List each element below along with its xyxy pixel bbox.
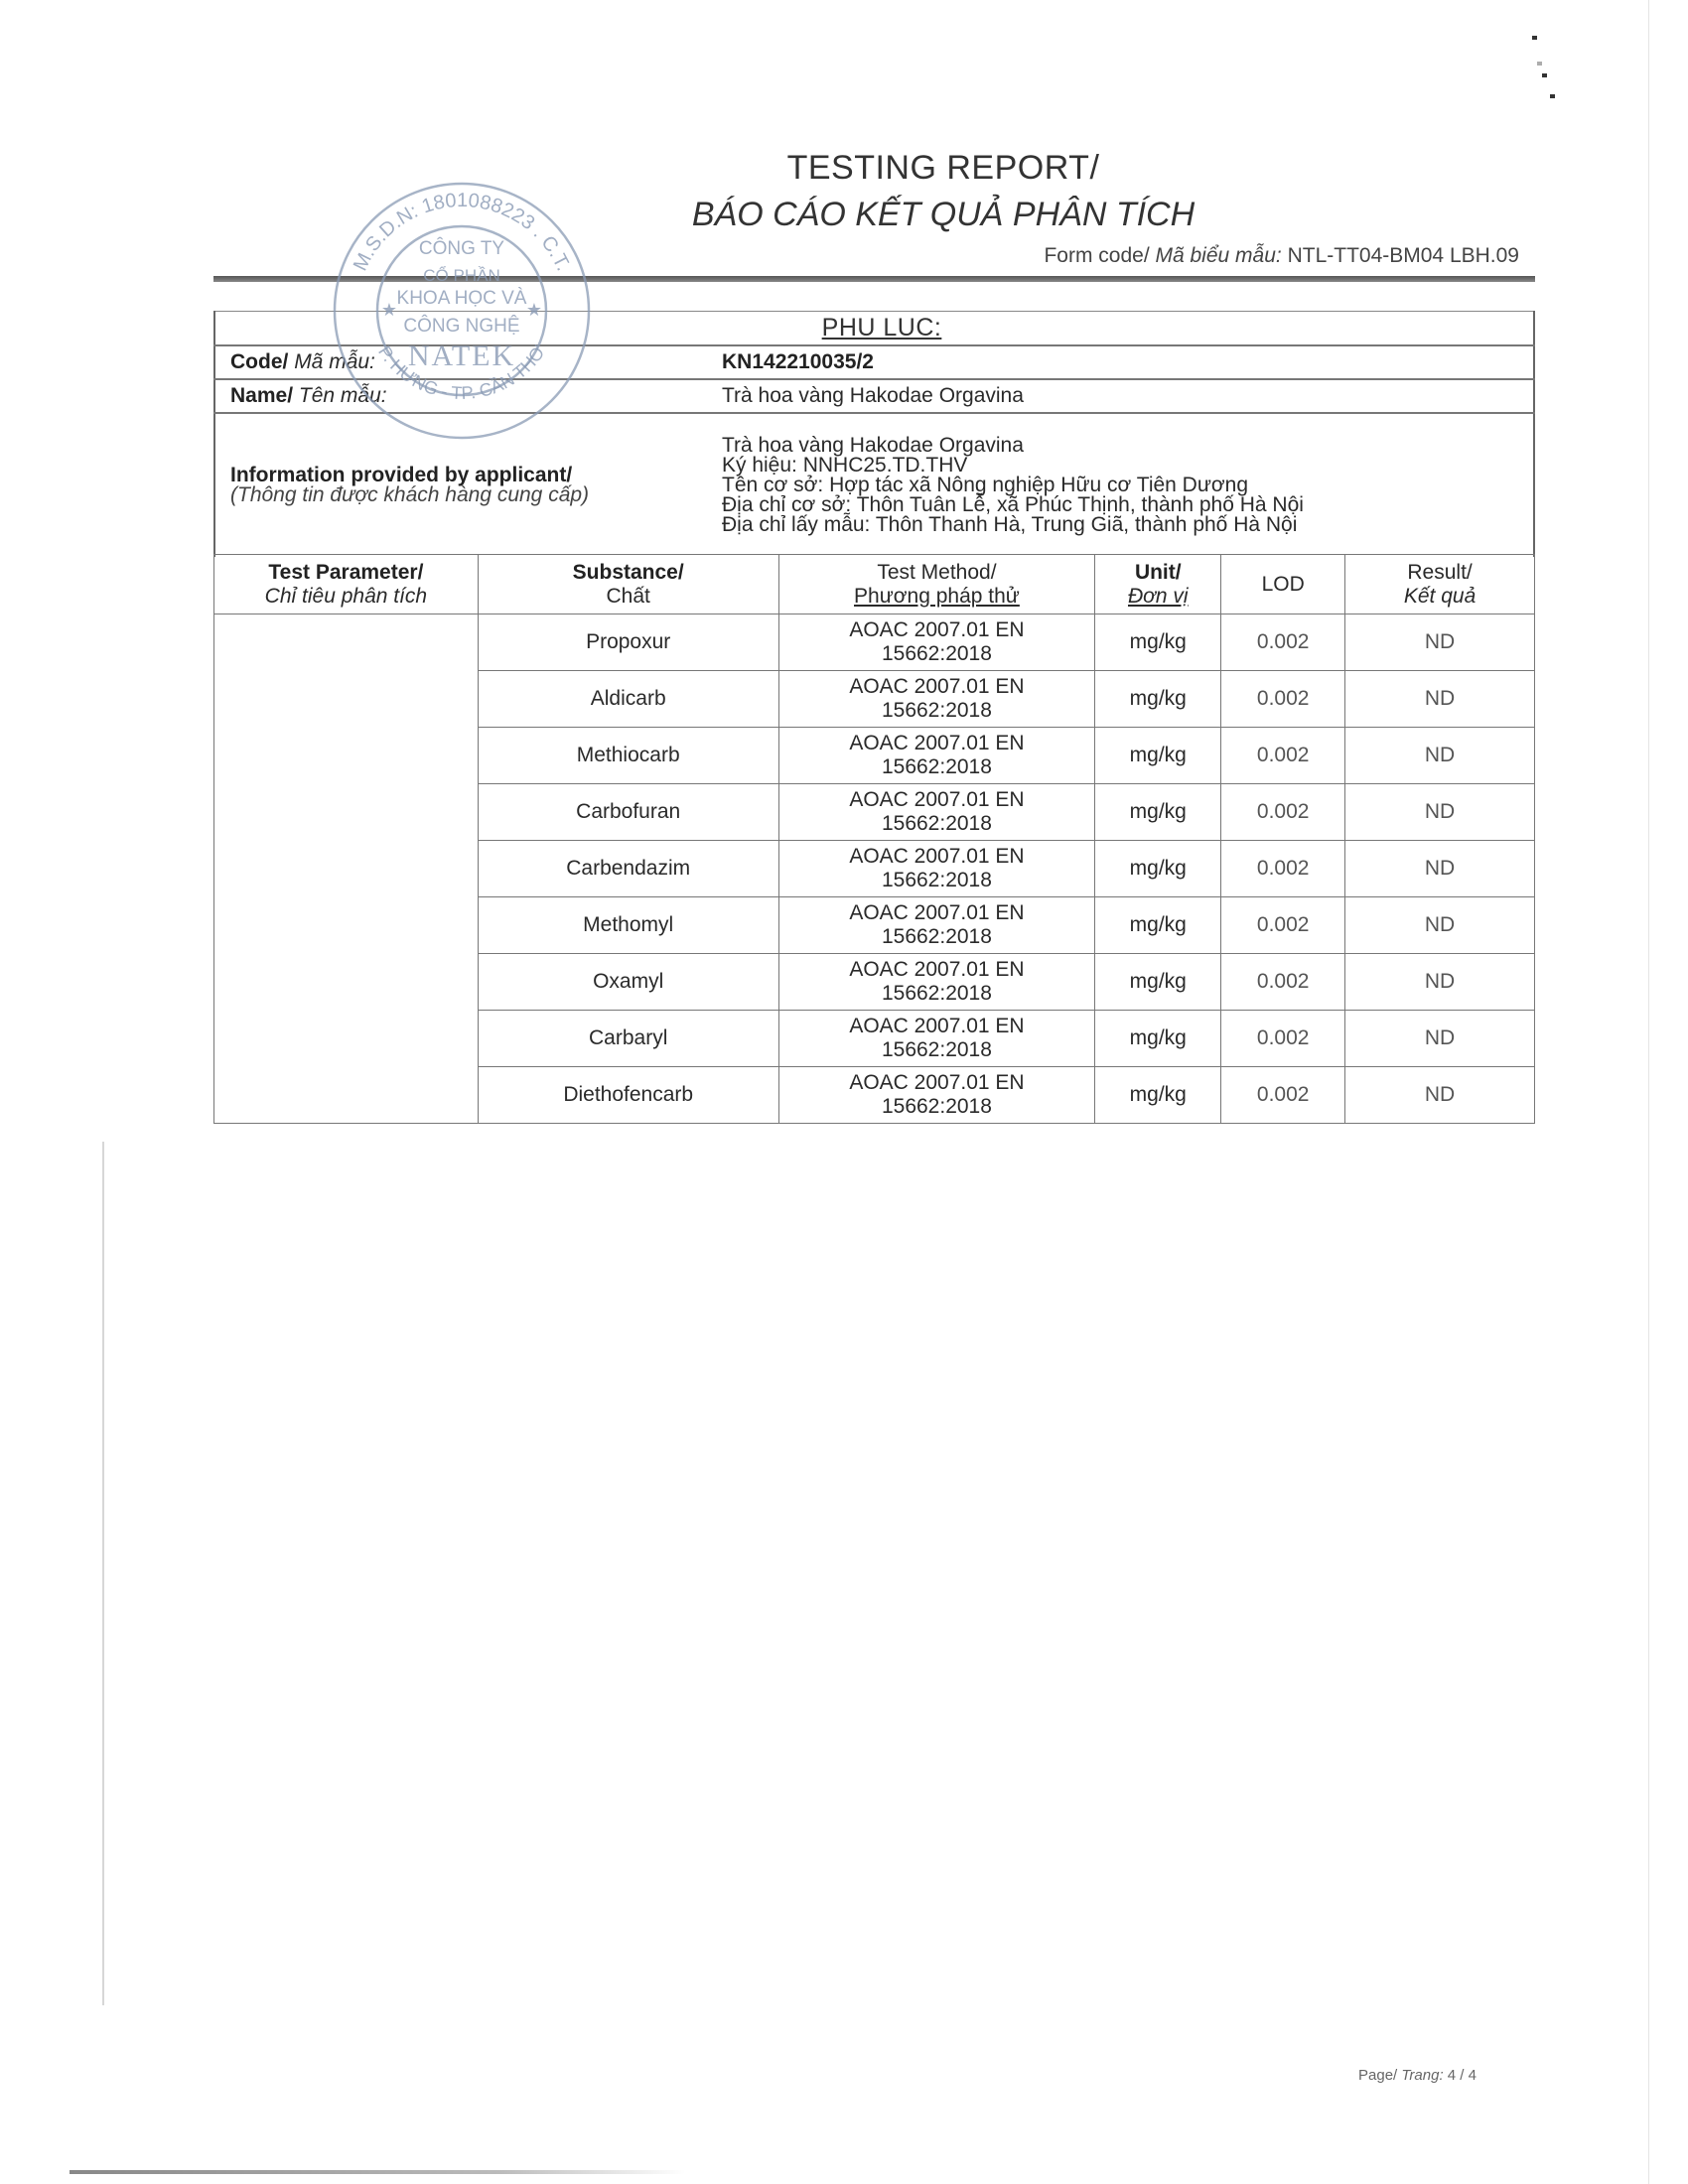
substance-cell: Methiocarb <box>478 728 778 784</box>
report-title-en: TESTING REPORT/ <box>0 149 1688 188</box>
company-stamp: M.S.D.N: 1801088223 . C.T. P. HƯNG - TP.… <box>328 177 596 445</box>
header-test-method: Test Method/ Phương pháp thử <box>778 555 1095 614</box>
lod-cell: 0.002 <box>1221 954 1345 1011</box>
method-cell: AOAC 2007.01 EN15662:2018 <box>778 671 1095 728</box>
unit-cell: mg/kg <box>1095 1011 1221 1067</box>
form-code: Form code/ Mã biểu mẫu: NTL-TT04-BM04 LB… <box>1044 244 1519 268</box>
substance-cell: Carbofuran <box>478 784 778 841</box>
substance-cell: Propoxur <box>478 614 778 671</box>
method-cell: AOAC 2007.01 EN15662:2018 <box>778 954 1095 1011</box>
scan-speck <box>1542 73 1547 77</box>
scan-artifact-right-edge <box>1648 0 1649 2184</box>
unit-cell: mg/kg <box>1095 671 1221 728</box>
report-title-vi: BÁO CÁO KẾT QUẢ PHÂN TÍCH <box>0 196 1688 234</box>
result-cell: ND <box>1345 728 1535 784</box>
substance-cell: Carbendazim <box>478 841 778 897</box>
lod-cell: 0.002 <box>1221 1067 1345 1124</box>
form-code-value: NTL-TT04-BM04 LBH.09 <box>1288 244 1519 267</box>
stamp-line: KHOA HỌC VÀ <box>397 288 527 309</box>
method-cell: AOAC 2007.01 EN15662:2018 <box>778 1011 1095 1067</box>
header-unit: Unit/ Đơn vị <box>1095 555 1221 614</box>
applicant-line: Tên cơ sở: Hợp tác xã Nông nghiệp Hữu cơ… <box>722 476 1533 495</box>
result-cell: ND <box>1345 954 1535 1011</box>
unit-cell: mg/kg <box>1095 1067 1221 1124</box>
result-cell: ND <box>1345 1011 1535 1067</box>
substance-cell: Oxamyl <box>478 954 778 1011</box>
scan-speck <box>1532 36 1537 40</box>
code-value: KN142210035/2 <box>707 345 1534 379</box>
appendix-title: PHU LUC: <box>707 312 1534 346</box>
lod-cell: 0.002 <box>1221 841 1345 897</box>
unit-cell: mg/kg <box>1095 614 1221 671</box>
header-test-parameter: Test Parameter/ Chỉ tiêu phân tích <box>214 555 479 614</box>
form-code-label-en: Form code/ <box>1044 244 1149 267</box>
result-cell: ND <box>1345 897 1535 954</box>
applicant-line: Địa chỉ lấy mẫu: Thôn Thanh Hà, Trung Gi… <box>722 515 1533 535</box>
result-cell: ND <box>1345 614 1535 671</box>
stamp-line: CỔ PHẦN <box>423 266 499 285</box>
svg-text:M.S.D.N: 1801088223 . C.T.: M.S.D.N: 1801088223 . C.T. <box>350 190 574 274</box>
scan-speck <box>1550 94 1555 98</box>
unit-cell: mg/kg <box>1095 841 1221 897</box>
name-value: Trà hoa vàng Hakodae Orgavina <box>707 379 1534 413</box>
method-cell: AOAC 2007.01 EN15662:2018 <box>778 614 1095 671</box>
applicant-line: Ký hiệu: NNHC25.TD.THV <box>722 456 1533 476</box>
substance-cell: Carbaryl <box>478 1011 778 1067</box>
unit-cell: mg/kg <box>1095 728 1221 784</box>
stamp-ring-top: M.S.D.N: 1801088223 . C.T. <box>350 190 574 274</box>
stamp-line: CÔNG NGHỆ <box>403 315 519 337</box>
form-code-label-vi: Mã biểu mẫu: <box>1156 244 1282 267</box>
unit-cell: mg/kg <box>1095 897 1221 954</box>
substance-cell: Diethofencarb <box>478 1067 778 1124</box>
lod-cell: 0.002 <box>1221 614 1345 671</box>
lod-cell: 0.002 <box>1221 671 1345 728</box>
scan-artifact-bottom-edge <box>70 2170 685 2174</box>
result-cell: ND <box>1345 784 1535 841</box>
result-cell: ND <box>1345 671 1535 728</box>
applicant-line: Trà hoa vàng Hakodae Orgavina <box>722 436 1533 456</box>
page-number: Page/ Trang: 4 / 4 <box>1358 2067 1477 2084</box>
header-result: Result/ Kết quả <box>1345 555 1535 614</box>
method-cell: AOAC 2007.01 EN15662:2018 <box>778 1067 1095 1124</box>
lod-cell: 0.002 <box>1221 1011 1345 1067</box>
result-cell: ND <box>1345 841 1535 897</box>
scan-artifact-left-line <box>102 1142 104 2005</box>
applicant-line: Địa chỉ cơ sở: Thôn Tuân Lễ, xã Phúc Thị… <box>722 495 1533 515</box>
star-icon: ★ <box>381 300 397 320</box>
header-lod: LOD <box>1221 555 1345 614</box>
scan-speck <box>1537 62 1542 66</box>
results-header-row: Test Parameter/ Chỉ tiêu phân tích Subst… <box>214 555 1535 614</box>
lod-cell: 0.002 <box>1221 784 1345 841</box>
test-parameter-cell <box>214 614 479 1124</box>
star-icon: ★ <box>526 300 542 320</box>
method-cell: AOAC 2007.01 EN15662:2018 <box>778 728 1095 784</box>
result-cell: ND <box>1345 1067 1535 1124</box>
substance-cell: Methomyl <box>478 897 778 954</box>
method-cell: AOAC 2007.01 EN15662:2018 <box>778 784 1095 841</box>
method-cell: AOAC 2007.01 EN15662:2018 <box>778 897 1095 954</box>
stamp-brand: NATEK <box>408 340 515 372</box>
applicant-details: Trà hoa vàng Hakodae Orgavina Ký hiệu: N… <box>707 413 1534 557</box>
lod-cell: 0.002 <box>1221 897 1345 954</box>
unit-cell: mg/kg <box>1095 784 1221 841</box>
result-row: PropoxurAOAC 2007.01 EN15662:2018mg/kg0.… <box>214 614 1535 671</box>
method-cell: AOAC 2007.01 EN15662:2018 <box>778 841 1095 897</box>
header-substance: Substance/ Chất <box>478 555 778 614</box>
stamp-line: CÔNG TY <box>419 237 505 259</box>
substance-cell: Aldicarb <box>478 671 778 728</box>
results-table: Test Parameter/ Chỉ tiêu phân tích Subst… <box>213 554 1535 1124</box>
unit-cell: mg/kg <box>1095 954 1221 1011</box>
lod-cell: 0.002 <box>1221 728 1345 784</box>
